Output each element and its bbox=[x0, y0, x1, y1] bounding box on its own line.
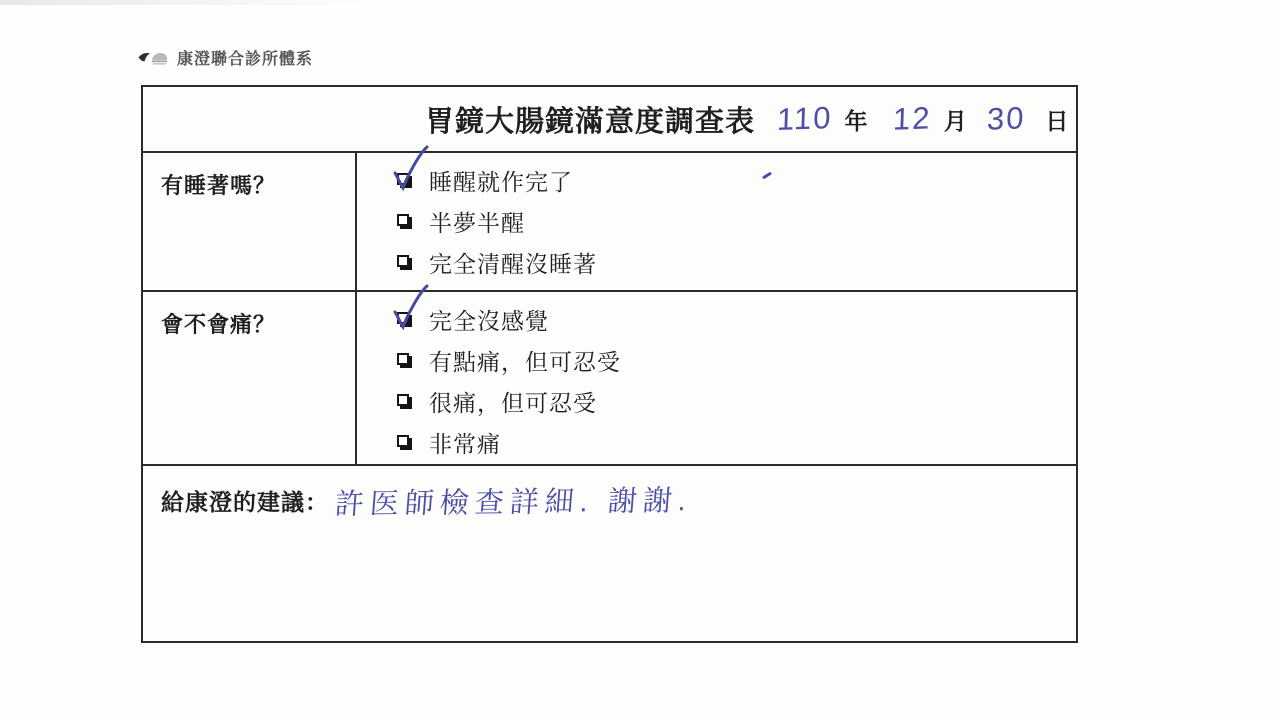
suggestion-label: 給康澄的建議： bbox=[161, 480, 329, 517]
scanned-survey-page: 康澄聯合診所體系 胃鏡大腸鏡滿意度調查表 110 年 12 月 30 日 有睡著… bbox=[0, 0, 1280, 720]
options-pain: 完全沒感覺 有點痛，但可忍受 很痛，但可忍受 非常痛 bbox=[357, 292, 1076, 464]
option-label: 完全沒感覺 bbox=[429, 303, 549, 336]
checkbox-icon[interactable] bbox=[397, 394, 409, 406]
date-year-label: 年 bbox=[844, 103, 867, 136]
option-slept-through: 睡醒就作完了 bbox=[397, 160, 1076, 201]
question-label-pain: 會不會痛？ bbox=[143, 292, 357, 464]
clinic-logo-icon bbox=[137, 49, 171, 67]
form-header-row: 胃鏡大腸鏡滿意度調查表 110 年 12 月 30 日 bbox=[143, 87, 1076, 153]
checkbox-icon[interactable] bbox=[397, 214, 409, 226]
question-row-sleep: 有睡著嗎？ 睡醒就作完了 半夢半醒 完全 bbox=[143, 153, 1076, 292]
date-month-value: 12 bbox=[893, 100, 933, 137]
option-label: 很痛，但可忍受 bbox=[429, 385, 597, 418]
option-label: 完全清醒沒睡著 bbox=[429, 246, 597, 279]
checkbox-icon[interactable] bbox=[397, 255, 409, 267]
option-extremely-painful: 非常痛 bbox=[397, 422, 1076, 463]
option-no-feeling: 完全沒感覺 bbox=[397, 299, 1076, 340]
option-very-painful-bearable: 很痛，但可忍受 bbox=[397, 381, 1076, 422]
survey-form-table: 胃鏡大腸鏡滿意度調查表 110 年 12 月 30 日 有睡著嗎？ bbox=[141, 85, 1078, 643]
suggestion-handwriting: 許医師檢查詳細. 謝謝. bbox=[333, 478, 693, 523]
clinic-logo: 康澄聯合診所體系 bbox=[137, 46, 313, 69]
options-sleep: 睡醒就作完了 半夢半醒 完全清醒沒睡著 bbox=[357, 153, 1076, 290]
checkbox-icon[interactable] bbox=[397, 435, 409, 447]
form-title: 胃鏡大腸鏡滿意度調查表 bbox=[425, 99, 755, 140]
checkbox-icon[interactable] bbox=[397, 173, 409, 185]
option-label: 非常痛 bbox=[429, 426, 501, 459]
date-day-label: 日 bbox=[1045, 103, 1068, 136]
option-label: 半夢半醒 bbox=[429, 205, 525, 238]
option-fully-awake: 完全清醒沒睡著 bbox=[397, 242, 1076, 283]
date-year-value: 110 bbox=[776, 100, 833, 138]
date-day-value: 30 bbox=[986, 100, 1026, 137]
suggestion-row: 給康澄的建議： 許医師檢查詳細. 謝謝. bbox=[143, 466, 1076, 641]
scan-artifact bbox=[0, 0, 370, 5]
clinic-logo-text: 康澄聯合診所體系 bbox=[177, 46, 313, 69]
date-month-label: 月 bbox=[944, 103, 967, 136]
question-row-pain: 會不會痛？ 完全沒感覺 有點痛，但可忍受 bbox=[143, 292, 1076, 466]
question-label-sleep: 有睡著嗎？ bbox=[143, 153, 357, 290]
checkbox-icon[interactable] bbox=[397, 312, 409, 324]
option-label: 睡醒就作完了 bbox=[429, 164, 573, 197]
form-date: 110 年 12 月 30 日 bbox=[765, 101, 1068, 137]
checkbox-icon[interactable] bbox=[397, 353, 409, 365]
option-slight-pain: 有點痛，但可忍受 bbox=[397, 340, 1076, 381]
option-label: 有點痛，但可忍受 bbox=[429, 344, 621, 377]
option-half-awake: 半夢半醒 bbox=[397, 201, 1076, 242]
